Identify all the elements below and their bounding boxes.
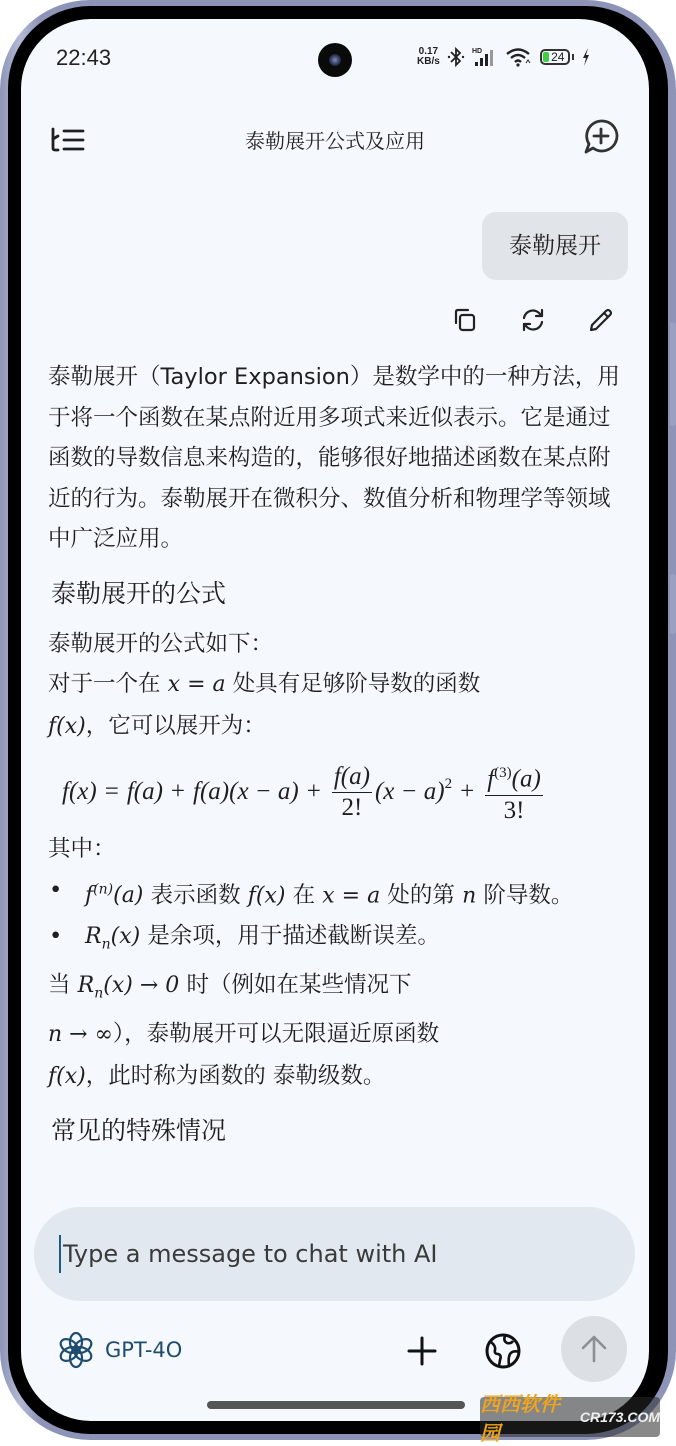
bluetooth-icon (447, 46, 465, 68)
watermark-site: CR173.COM (580, 1409, 660, 1425)
new-chat-icon (581, 117, 621, 157)
text-span: 当 (48, 972, 71, 998)
section-heading-formula: 泰勒展开的公式 (51, 574, 628, 614)
math-sup: (3) (494, 765, 512, 781)
arrow-up-icon (578, 1333, 610, 1365)
math-x-eq-a: x = a (322, 883, 380, 908)
math-arg: (a) (512, 766, 541, 793)
math-rn-limit: Rn(x) → 0 (78, 973, 180, 998)
battery-icon: 24 (540, 49, 570, 65)
formula-plus: + (171, 772, 185, 813)
message-actions (449, 304, 617, 336)
definition-list: f(n)(a) 表示函数 f(x) 在 x = a 处的第 n 阶导数。 Rn(… (48, 870, 628, 966)
fraction-denominator: 3! (504, 796, 525, 826)
formula-fraction: f(a) 2! (332, 762, 372, 823)
fraction-denominator: 2! (342, 793, 363, 823)
watermark-brand: 西西软件园 (480, 1388, 574, 1440)
list-item: Rn(x) 是余项，用于描述截断误差。 (48, 916, 628, 965)
formula-term: f(a)(x − a) (193, 772, 299, 813)
app-header: 泰勒展开公式及应用 (21, 115, 649, 165)
text-span: ），泰勒展开可以无限逼近原函数 (113, 1021, 439, 1047)
edit-button[interactable] (585, 304, 617, 336)
copy-icon (451, 306, 479, 334)
taylor-formula: f(x) = f(a) + f(a)(x − a) + f(a) 2! (x −… (62, 755, 628, 829)
formula-plus: + (307, 772, 321, 813)
formula-exponent: 2 (445, 764, 453, 805)
section-heading-special-cases: 常见的特殊情况 (51, 1111, 628, 1151)
battery-level: 24 (545, 50, 564, 64)
model-label: GPT-4O (105, 1338, 182, 1362)
math-rn: Rn(x) (85, 924, 140, 949)
math-x-eq-a: x = a (168, 672, 226, 697)
fraction-numerator: f(a) (332, 762, 372, 793)
refresh-icon (519, 306, 547, 334)
signal-icon: HD (472, 46, 498, 68)
plus-icon (404, 1333, 440, 1369)
watermark: 西西软件园 CR173.COM (480, 1397, 660, 1437)
math-fx: f(x) (48, 1064, 86, 1089)
regenerate-button[interactable] (517, 304, 549, 336)
home-indicator[interactable] (207, 1401, 465, 1409)
formula-plus: + (460, 772, 474, 813)
assistant-response: 泰勒展开（Taylor Expansion）是数学中的一种方法，用于将一个函数在… (48, 357, 628, 1161)
text-span: 处的第 (387, 882, 455, 908)
new-chat-button[interactable] (581, 117, 621, 157)
formula-lhs: f(x) (62, 772, 97, 813)
front-camera (318, 43, 352, 77)
text-span: ，它可以展开为： (86, 713, 266, 739)
message-input[interactable] (59, 1235, 599, 1273)
wifi-icon (505, 46, 533, 68)
text-span: 阶导数。 (483, 882, 573, 908)
globe-icon (483, 1331, 523, 1371)
web-search-button[interactable] (483, 1331, 523, 1371)
response-intro: 泰勒展开（Taylor Expansion）是数学中的一种方法，用于将一个函数在… (48, 357, 628, 560)
status-icons: 0.17 KB/s HD 24 (417, 46, 591, 68)
math-fn-a: f(n)(a) (85, 883, 143, 908)
status-time: 22:43 (56, 45, 111, 71)
formula-intro: 泰勒展开的公式如下： (48, 624, 628, 665)
charging-icon (581, 47, 591, 67)
volume-button (670, 322, 676, 426)
math-n-infinity: n → ∞ (48, 1022, 113, 1047)
formula-eq: = (105, 772, 119, 813)
formula-term: (x − a) (375, 772, 445, 813)
attach-button[interactable] (404, 1333, 440, 1369)
user-message-bubble: 泰勒展开 (482, 212, 628, 280)
text-span: 处具有足够阶导数的函数 (233, 671, 481, 697)
net-speed-unit: KB/s (417, 57, 440, 67)
battery-tip (572, 54, 574, 60)
status-bar: 22:43 0.17 KB/s HD 24 (21, 19, 649, 99)
formula-fraction: f(3)(a) 3! (485, 758, 543, 825)
composer-toolbar: GPT-4O (21, 1315, 649, 1385)
openai-logo-icon (56, 1330, 96, 1370)
formula-condition: 对于一个在 x = a 处具有足够阶导数的函数 f(x)，它可以展开为： (48, 664, 628, 747)
message-composer (34, 1207, 635, 1301)
network-speed: 0.17 KB/s (417, 47, 440, 67)
formula-term: f(a) (127, 772, 163, 813)
pencil-icon (587, 306, 615, 334)
text-span: ，此时称为函数的 泰勒级数。 (86, 1063, 386, 1089)
math-fx: f(x) (48, 714, 86, 739)
text-span: 是余项，用于描述截断误差。 (147, 923, 440, 949)
signal-hd-label: HD (472, 48, 482, 55)
power-button (670, 574, 676, 634)
where-label: 其中： (48, 829, 628, 870)
screen: 22:43 0.17 KB/s HD 24 (21, 19, 649, 1421)
conclusion-paragraph: 当 Rn(x) → 0 时（例如在某些情况下 n → ∞），泰勒展开可以无限逼近… (48, 965, 628, 1097)
text-span: 表示函数 (151, 882, 241, 908)
list-item: f(n)(a) 表示函数 f(x) 在 x = a 处的第 n 阶导数。 (48, 870, 628, 917)
math-fx: f(x) (248, 883, 286, 908)
text-span: 对于一个在 (48, 671, 161, 697)
send-button[interactable] (561, 1316, 627, 1382)
model-selector-button[interactable]: GPT-4O (56, 1330, 182, 1370)
fraction-numerator: f(3)(a) (485, 758, 543, 795)
conversation-title: 泰勒展开公式及应用 (21, 125, 649, 154)
text-span: 时（例如在某些情况下 (186, 972, 411, 998)
text-span: 在 (293, 882, 316, 908)
copy-button[interactable] (449, 304, 481, 336)
math-n: n (462, 883, 476, 908)
